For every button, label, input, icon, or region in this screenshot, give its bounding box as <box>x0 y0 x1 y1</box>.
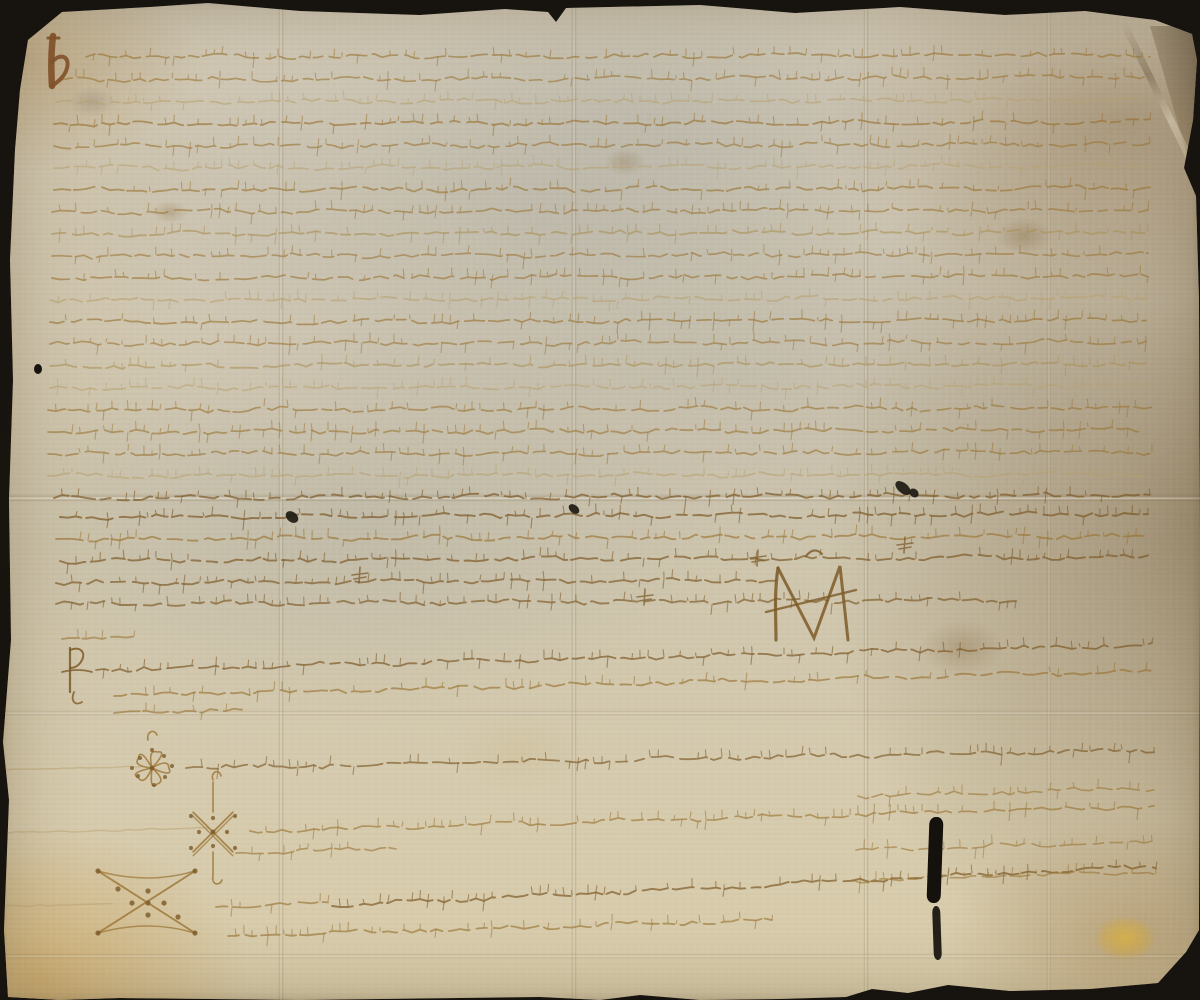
worm-hole <box>34 364 42 374</box>
parchment-sheet <box>0 0 1200 1000</box>
scanned-parchment-page: { "document": { "kind": "scanned medieva… <box>0 0 1200 1000</box>
tear-slit <box>927 817 944 903</box>
top-edge-notch <box>547 0 564 15</box>
manuscript-ink-layer <box>0 0 1200 1000</box>
